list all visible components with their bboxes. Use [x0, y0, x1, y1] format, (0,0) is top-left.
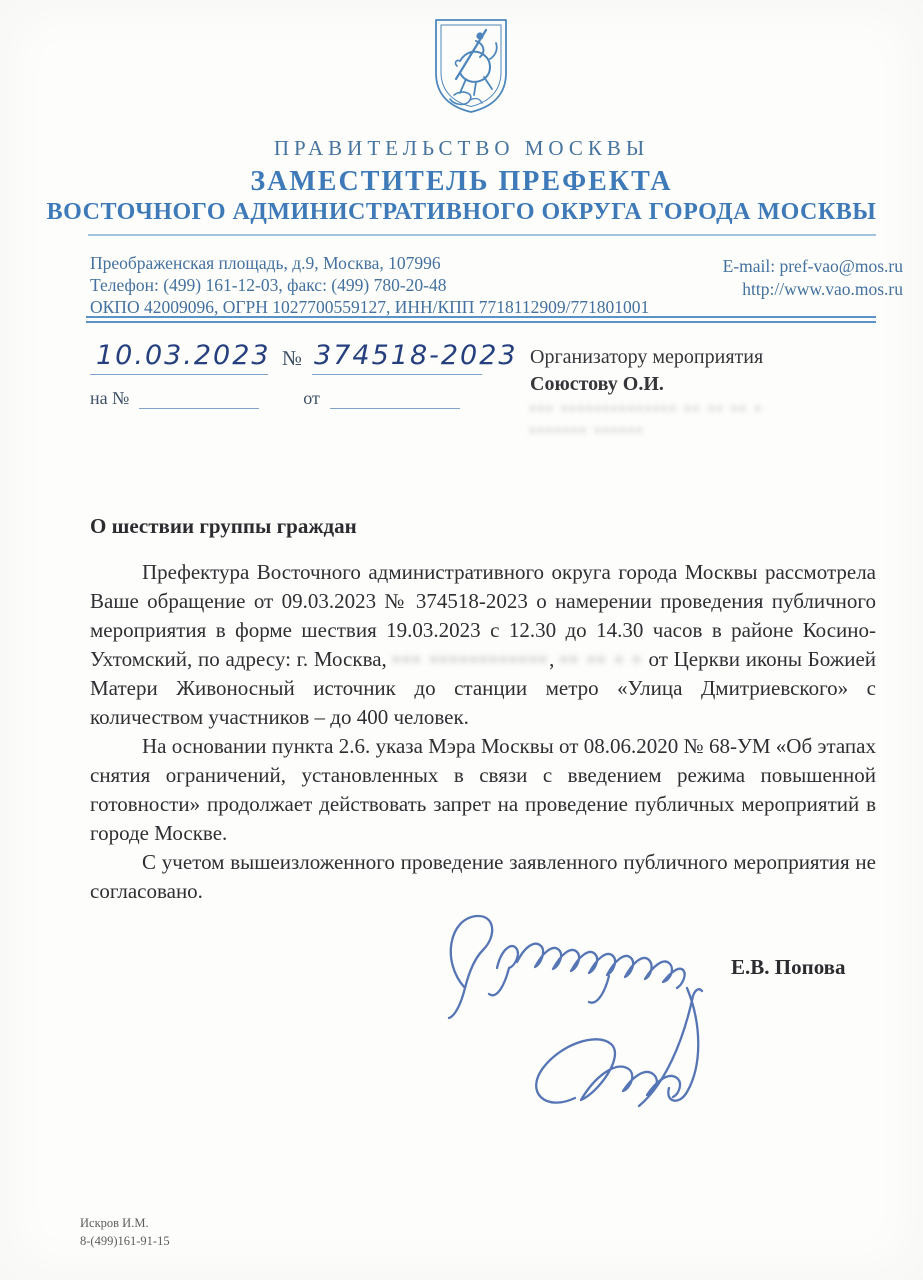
letter-subject: О шествии группы граждан — [90, 514, 357, 539]
recipient-address-redacted: ▪▪▪ ▪▪▪▪▪▪▪▪▪▪▪▪▪▪ ▪▪ ▪▪ ▪▪ ▪ — [530, 398, 890, 420]
recipient-role: Организатору мероприятия — [530, 344, 890, 371]
phone-fax: Телефон: (499) 161-12-03, факс: (499) 78… — [90, 274, 650, 296]
registration-codes: ОКПО 42009096, ОГРН 1027700559127, ИНН/К… — [90, 296, 650, 318]
signer-name: Е.В. Попова — [731, 955, 846, 980]
moscow-coat-of-arms-icon — [429, 16, 513, 116]
reply-to-number-label: на № — [90, 388, 129, 409]
outgoing-number-handwritten: 374518-2023 — [314, 340, 518, 371]
contact-block: Преображенская площадь, д.9, Москва, 107… — [90, 252, 650, 318]
executor-name: Искров И.М. — [80, 1214, 170, 1232]
office-title: ЗАМЕСТИТЕЛЬ ПРЕФЕКТА — [0, 166, 923, 198]
reply-date-blank — [330, 390, 460, 409]
outgoing-date-handwritten: 10.03.2023 — [96, 340, 271, 371]
web-contact-block: E-mail: pref-vao@mos.ru http://www.vao.m… — [613, 255, 903, 301]
letter-body: Префектура Восточного административного … — [90, 558, 876, 906]
government-name: ПРАВИТЕЛЬСТВО МОСКВЫ — [0, 136, 923, 161]
email-address: E-mail: pref-vao@mos.ru — [613, 255, 903, 278]
house-redacted: ▪▪ ▪▪ ▪ ▪ — [560, 647, 643, 671]
street-redacted: ▪▪▪ ▪▪▪▪▪▪▪▪▪▪▪▪ — [393, 647, 550, 671]
number-sign: № — [282, 346, 302, 371]
header-rule — [88, 234, 876, 236]
recipient-block: Организатору мероприятия Союстову О.И. ▪… — [530, 344, 890, 442]
reference-row-outgoing: 10.03.2023 № 374518-2023 — [90, 340, 482, 375]
reference-row-incoming: на № от — [90, 388, 460, 409]
website-url: http://www.vao.mos.ru — [613, 278, 903, 301]
executor-phone: 8-(499)161-91-15 — [80, 1232, 170, 1250]
letterhead-separator-rule — [86, 316, 876, 323]
executor-block: Искров И.М. 8-(499)161-91-15 — [80, 1214, 170, 1250]
postal-address: Преображенская площадь, д.9, Москва, 107… — [90, 252, 650, 274]
reply-date-label: от — [303, 388, 320, 409]
reply-number-blank — [139, 390, 259, 409]
paragraph-1: Префектура Восточного административного … — [90, 558, 876, 732]
recipient-name: Союстову О.И. — [530, 371, 890, 398]
scanned-letter-page: ПРАВИТЕЛЬСТВО МОСКВЫ ЗАМЕСТИТЕЛЬ ПРЕФЕКТ… — [0, 0, 923, 1280]
handwritten-signature — [425, 892, 785, 1122]
office-subtitle: ВОСТОЧНОГО АДМИНИСТРАТИВНОГО ОКРУГА ГОРО… — [0, 199, 923, 226]
recipient-city-redacted: ▪▪▪▪▪▪▪ ▪▪▪▪▪▪ — [530, 420, 890, 442]
paragraph-2: На основании пункта 2.6. указа Мэра Моск… — [90, 732, 876, 848]
paragraph-1-comma: , — [549, 647, 560, 671]
